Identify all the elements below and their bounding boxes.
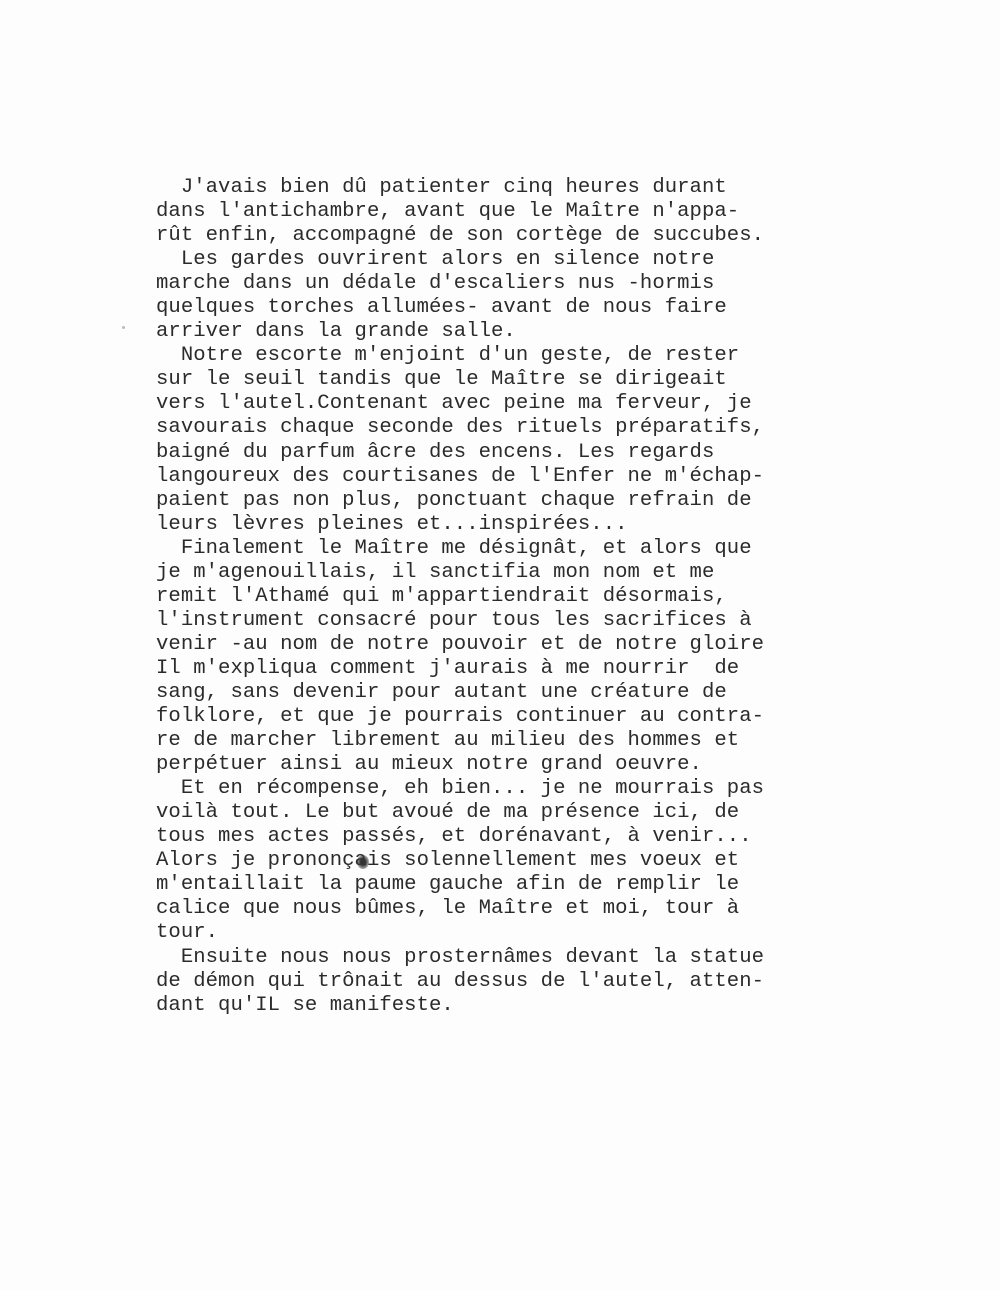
text-line: rût enfin, accompagné de son cortège de … — [156, 224, 764, 248]
text-line: tour. — [156, 921, 764, 945]
text-line: sur le seuil tandis que le Maître se dir… — [156, 368, 764, 392]
text-line: Finalement le Maître me désignât, et alo… — [156, 537, 764, 561]
text-line: Et en récompense, eh bien... je ne mourr… — [156, 777, 764, 801]
margin-mark — [122, 326, 125, 329]
typewritten-page: J'avais bien dû patienter cinq heures du… — [0, 0, 1000, 1290]
text-line: J'avais bien dû patienter cinq heures du… — [156, 176, 764, 200]
text-line: Alors je prononçais solennellement mes v… — [156, 849, 764, 873]
text-line: marche dans un dédale d'escaliers nus -h… — [156, 272, 764, 296]
text-line: calice que nous bûmes, le Maître et moi,… — [156, 897, 764, 921]
ink-smudge — [357, 855, 369, 869]
text-line: Notre escorte m'enjoint d'un geste, de r… — [156, 344, 764, 368]
text-line: paient pas non plus, ponctuant chaque re… — [156, 489, 764, 513]
text-line: venir -au nom de notre pouvoir et de not… — [156, 633, 764, 657]
text-line: de démon qui trônait au dessus de l'aute… — [156, 970, 764, 994]
text-line: je m'agenouillais, il sanctifia mon nom … — [156, 561, 764, 585]
text-line: dans l'antichambre, avant que le Maître … — [156, 200, 764, 224]
text-line: Il m'expliqua comment j'aurais à me nour… — [156, 657, 764, 681]
text-line: vers l'autel.Contenant avec peine ma fer… — [156, 392, 764, 416]
text-line: re de marcher librement au milieu des ho… — [156, 729, 764, 753]
text-line: l'instrument consacré pour tous les sacr… — [156, 609, 764, 633]
text-line: quelques torches allumées- avant de nous… — [156, 296, 764, 320]
text-line: perpétuer ainsi au mieux notre grand oeu… — [156, 753, 764, 777]
text-line: savourais chaque seconde des rituels pré… — [156, 416, 764, 440]
text-line: baigné du parfum âcre des encens. Les re… — [156, 441, 764, 465]
text-line: tous mes actes passés, et dorénavant, à … — [156, 825, 764, 849]
text-line: remit l'Athamé qui m'appartiendrait déso… — [156, 585, 764, 609]
text-line: arriver dans la grande salle. — [156, 320, 764, 344]
text-line: sang, sans devenir pour autant une créat… — [156, 681, 764, 705]
text-line: dant qu'IL se manifeste. — [156, 994, 764, 1018]
text-line: leurs lèvres pleines et...inspirées... — [156, 513, 764, 537]
text-line: langoureux des courtisanes de l'Enfer ne… — [156, 465, 764, 489]
text-line: folklore, et que je pourrais continuer a… — [156, 705, 764, 729]
text-line: Les gardes ouvrirent alors en silence no… — [156, 248, 764, 272]
text-line: m'entaillait la paume gauche afin de rem… — [156, 873, 764, 897]
typewritten-text: J'avais bien dû patienter cinq heures du… — [156, 176, 764, 1018]
text-line: Ensuite nous nous prosternâmes devant la… — [156, 946, 764, 970]
text-line: voilà tout. Le but avoué de ma présence … — [156, 801, 764, 825]
